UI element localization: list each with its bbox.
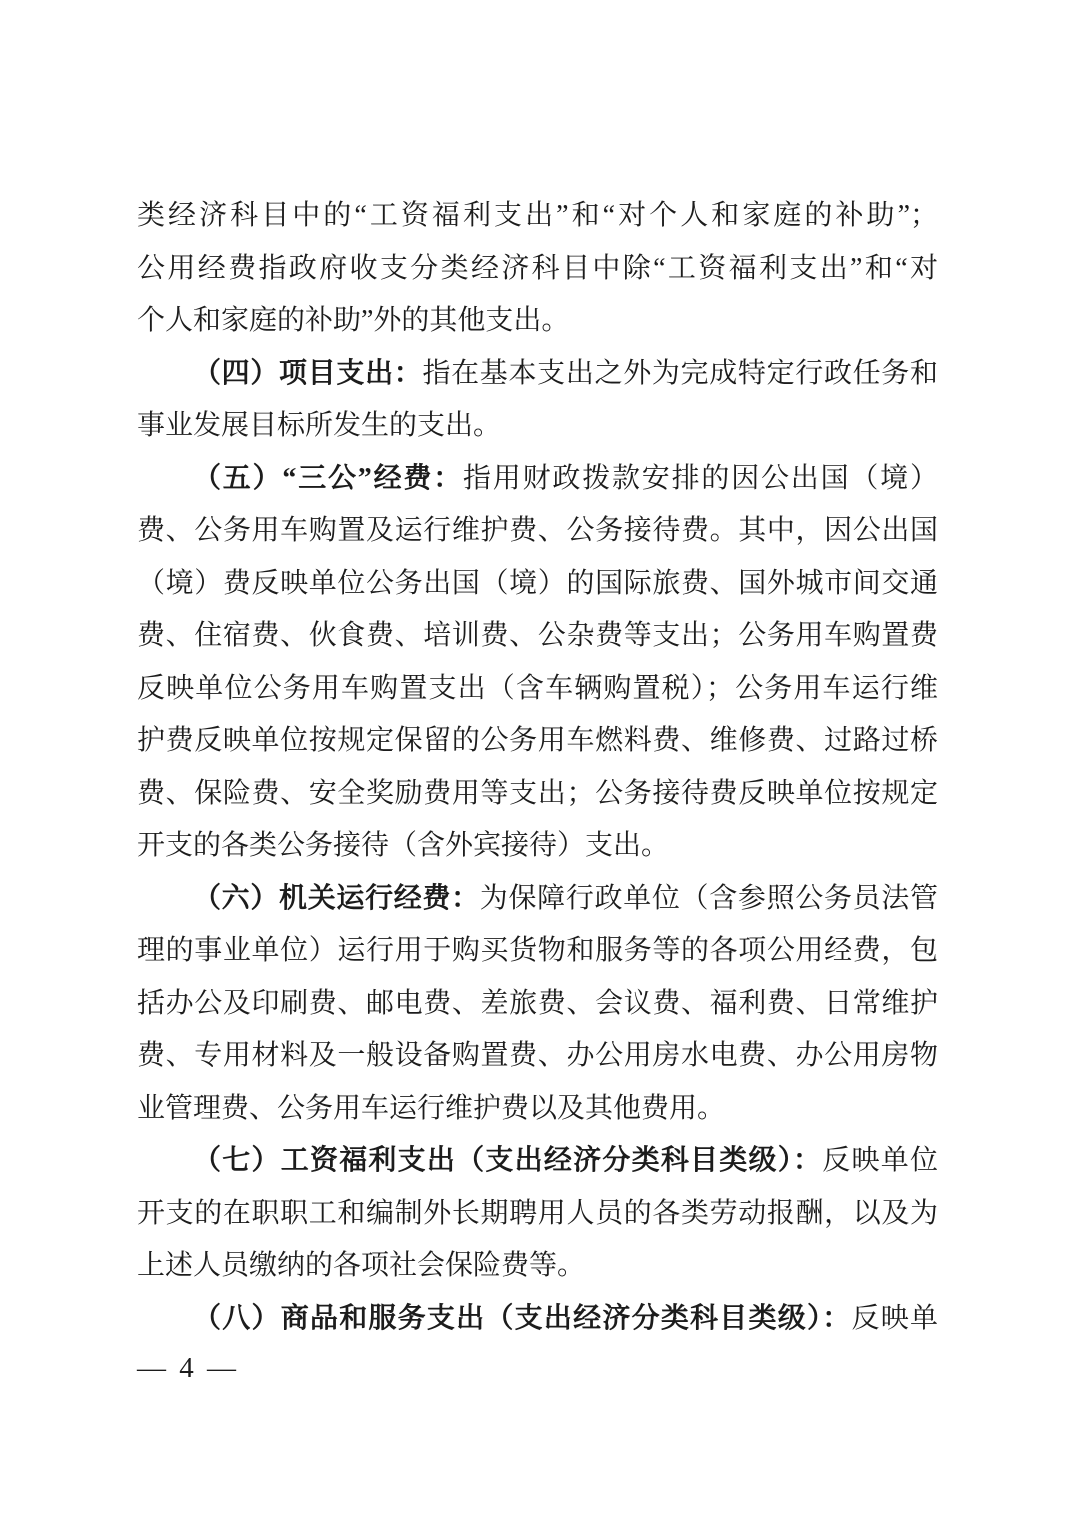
text-line: 公用经费指政府收支分类经济科目中除“工资福利支出”和“对 xyxy=(137,243,938,296)
page-footer: — 4 — xyxy=(137,1352,239,1385)
body-text-run: 为保障行政单位（含参照公务员法管 xyxy=(480,883,938,914)
text-line: （六）机关运行经费：为保障行政单位（含参照公务员法管 xyxy=(137,873,938,926)
body-text-run: 事业发展目标所发生的支出。 xyxy=(137,410,501,441)
body-text-run: 反映单位 xyxy=(822,1145,938,1176)
term-heading-text: （七）工资福利支出（支出经济分类科目类级）： xyxy=(193,1145,822,1176)
body-text-run: 费、专用材料及一般设备购置费、办公用房水电费、办公用房物 xyxy=(137,1040,938,1071)
text-line: 个人和家庭的补助”外的其他支出。 xyxy=(137,295,938,348)
body-text-run: 上述人员缴纳的各项社会保险费等。 xyxy=(137,1250,585,1281)
term-heading-text: （五）“三公”经费： xyxy=(193,463,463,494)
document-page: 类经济科目中的“工资福利支出”和“对个人和家庭的补助”；公用经费指政府收支分类经… xyxy=(0,0,1074,1520)
paragraph-6-agency-operating-funds: （六）机关运行经费：为保障行政单位（含参照公务员法管理的事业单位）运行用于购买货… xyxy=(137,873,938,1136)
body-text-run: 费、公务用车购置及运行维护费、公务接待费。其中，因公出国 xyxy=(137,515,938,546)
text-line: 事业发展目标所发生的支出。 xyxy=(137,400,938,453)
body-text-run: 费、保险费、安全奖励费用等支出；公务接待费反映单位按规定 xyxy=(137,778,938,809)
term-heading-text: （八）商品和服务支出（支出经济分类科目类级）： xyxy=(193,1303,852,1334)
text-line: 开支的各类公务接待（含外宾接待）支出。 xyxy=(137,820,938,873)
text-line: （境）费反映单位公务出国（境）的国际旅费、国外城市间交通 xyxy=(137,558,938,611)
body-text-run: 反映单位公务用车购置支出（含车辆购置税）；公务用车运行维 xyxy=(137,673,938,704)
text-line: 理的事业单位）运行用于购买货物和服务等的各项公用经费，包 xyxy=(137,925,938,978)
body-text-run: 开支的在职职工和编制外长期聘用人员的各类劳动报酬，以及为 xyxy=(137,1198,938,1229)
paragraph-basic-expenditure-continued: 类经济科目中的“工资福利支出”和“对个人和家庭的补助”；公用经费指政府收支分类经… xyxy=(137,190,938,348)
body-text-run: 反映单 xyxy=(852,1303,938,1334)
term-heading-text: （四）项目支出： xyxy=(193,358,422,389)
body-text-run: 个人和家庭的补助”外的其他支出。 xyxy=(137,305,569,336)
term-heading-text: （六）机关运行经费： xyxy=(193,883,480,914)
body-text-run: 括办公及印刷费、邮电费、差旅费、会议费、福利费、日常维护 xyxy=(137,988,938,1019)
text-line: 费、专用材料及一般设备购置费、办公用房水电费、办公用房物 xyxy=(137,1030,938,1083)
text-line: 费、保险费、安全奖励费用等支出；公务接待费反映单位按规定 xyxy=(137,768,938,821)
text-line: 护费反映单位按规定保留的公务用车燃料费、维修费、过路过桥 xyxy=(137,715,938,768)
text-line: （八）商品和服务支出（支出经济分类科目类级）：反映单 xyxy=(137,1293,938,1346)
body-text-run: 指用财政拨款安排的因公出国（境） xyxy=(463,463,938,494)
body-text-run: （境）费反映单位公务出国（境）的国际旅费、国外城市间交通 xyxy=(137,568,938,599)
text-line: 业管理费、公务用车运行维护费以及其他费用。 xyxy=(137,1083,938,1136)
body-text-run: 护费反映单位按规定保留的公务用车燃料费、维修费、过路过桥 xyxy=(137,725,938,756)
text-line: 上述人员缴纳的各项社会保险费等。 xyxy=(137,1240,938,1293)
text-line: （七）工资福利支出（支出经济分类科目类级）：反映单位 xyxy=(137,1135,938,1188)
text-line: 费、公务用车购置及运行维护费、公务接待费。其中，因公出国 xyxy=(137,505,938,558)
paragraph-7-wage-welfare-expenditure: （七）工资福利支出（支出经济分类科目类级）：反映单位开支的在职职工和编制外长期聘… xyxy=(137,1135,938,1293)
body-text-run: 业管理费、公务用车运行维护费以及其他费用。 xyxy=(137,1093,725,1124)
text-line: （四）项目支出：指在基本支出之外为完成特定行政任务和 xyxy=(137,348,938,401)
body-text-run: 理的事业单位）运行用于购买货物和服务等的各项公用经费，包 xyxy=(137,935,938,966)
text-line: 费、住宿费、伙食费、培训费、公杂费等支出；公务用车购置费 xyxy=(137,610,938,663)
text-line: 反映单位公务用车购置支出（含车辆购置税）；公务用车运行维 xyxy=(137,663,938,716)
text-line: 类经济科目中的“工资福利支出”和“对个人和家庭的补助”； xyxy=(137,190,938,243)
body-text-run: 类经济科目中的“工资福利支出”和“对个人和家庭的补助”； xyxy=(137,200,938,231)
document-body: 类经济科目中的“工资福利支出”和“对个人和家庭的补助”；公用经费指政府收支分类经… xyxy=(137,190,938,1345)
body-text-run: 指在基本支出之外为完成特定行政任务和 xyxy=(422,358,938,389)
page-number: — 4 — xyxy=(137,1352,239,1384)
body-text-run: 开支的各类公务接待（含外宾接待）支出。 xyxy=(137,830,669,861)
text-line: （五）“三公”经费：指用财政拨款安排的因公出国（境） xyxy=(137,453,938,506)
paragraph-8-goods-services-expenditure: （八）商品和服务支出（支出经济分类科目类级）：反映单 xyxy=(137,1293,938,1346)
paragraph-4-project-expenditure: （四）项目支出：指在基本支出之外为完成特定行政任务和事业发展目标所发生的支出。 xyxy=(137,348,938,453)
paragraph-5-three-public-funds: （五）“三公”经费：指用财政拨款安排的因公出国（境）费、公务用车购置及运行维护费… xyxy=(137,453,938,873)
text-line: 开支的在职职工和编制外长期聘用人员的各类劳动报酬，以及为 xyxy=(137,1188,938,1241)
text-line: 括办公及印刷费、邮电费、差旅费、会议费、福利费、日常维护 xyxy=(137,978,938,1031)
body-text-run: 公用经费指政府收支分类经济科目中除“工资福利支出”和“对 xyxy=(137,253,938,284)
body-text-run: 费、住宿费、伙食费、培训费、公杂费等支出；公务用车购置费 xyxy=(137,620,938,651)
